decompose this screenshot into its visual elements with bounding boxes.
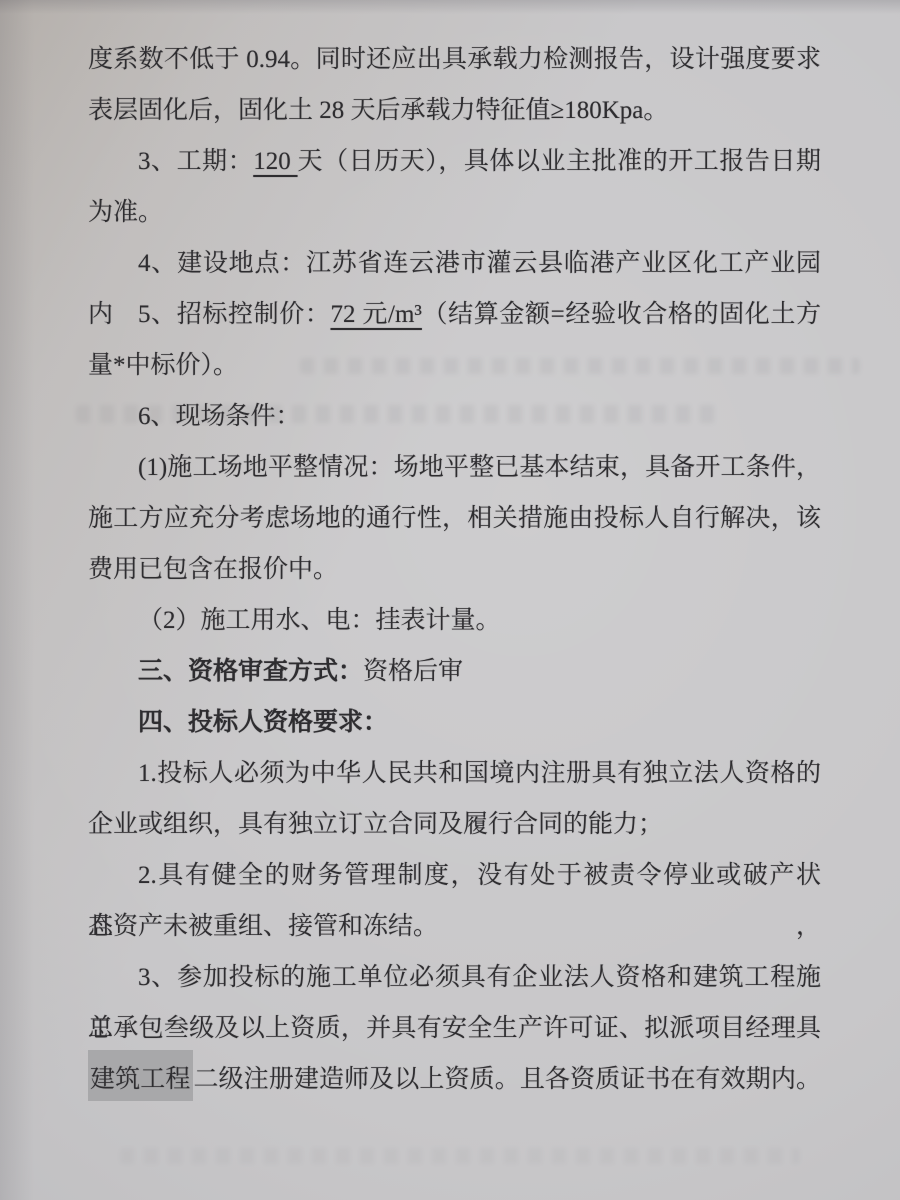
clause-suffix: （结算金额=经验收合格的固化土方 [422, 301, 821, 328]
doc-line-7: 量*中标价）。 [88, 340, 821, 391]
doc-line-3-duration-clause: 3、工期：120 天（日历天），具体以业主批准的开工报告日期 [88, 136, 821, 187]
doc-line-2: 表层固化后，固化土 28 天后承载力特征值≥180Kpa。 [88, 85, 821, 136]
doc-line-8-site-conditions: 6、现场条件： [88, 391, 821, 442]
doc-line-12-water-power: （2）施工用水、电：挂表计量。 [88, 595, 821, 646]
doc-line-6-price-clause: 5、招标控制价：72 元/m³（结算金额=经验收合格的固化土方 [88, 289, 821, 340]
underlined-price-value: 72 元/m³ [331, 301, 422, 328]
document-page: 度系数不低于 0.94。同时还应出具承载力检测报告，设计强度要求 表层固化后，固… [0, 0, 900, 1200]
line-rest-text: 二级注册建造师及以上资质。且各资质证书在有效期内。 [193, 1066, 821, 1093]
doc-line-21: 建筑工程二级注册建造师及以上资质。且各资质证书在有效期内。 [88, 1054, 821, 1105]
clause-prefix: 3、工期： [138, 148, 253, 175]
doc-line-19: 3、参加投标的施工单位必须具有企业法人资格和建筑工程施工 [88, 952, 821, 1003]
highlighted-text: 建筑工程 [88, 1050, 193, 1101]
heading-bold-text: 三、资格审查方式： [138, 658, 363, 685]
doc-line-13-qualification-review-heading: 三、资格审查方式：资格后审 [88, 646, 821, 697]
ink-bleed-through-smudge [120, 1148, 800, 1164]
doc-line-20: 总承包叁级及以上资质，并具有安全生产许可证、拟派项目经理具有 [88, 1003, 821, 1054]
document-text-column: 度系数不低于 0.94。同时还应出具承载力检测报告，设计强度要求 表层固化后，固… [88, 34, 821, 1105]
doc-line-16: 企业或组织，具有独立订立合同及履行合同的能力； [88, 799, 821, 850]
doc-line-17: 2.具有健全的财务管理制度，没有处于被责令停业或破产状态， [88, 850, 821, 901]
doc-line-10: 施工方应充分考虑场地的通行性，相关措施由投标人自行解决，该 [88, 493, 821, 544]
clause-suffix: 天（日历天），具体以业主批准的开工报告日期 [298, 148, 821, 175]
doc-line-1: 度系数不低于 0.94。同时还应出具承载力检测报告，设计强度要求 [88, 34, 821, 85]
heading-bold-text: 四、投标人资格要求： [138, 709, 388, 736]
doc-line-11: 费用已包含在报价中。 [88, 544, 821, 595]
clause-prefix: 5、招标控制价： [138, 301, 331, 328]
underlined-duration-value: 120 [253, 148, 297, 175]
doc-line-14-bidder-requirements-heading: 四、投标人资格要求： [88, 697, 821, 748]
heading-value-text: 资格后审 [363, 658, 463, 685]
doc-line-5-location-clause: 4、建设地点：江苏省连云港市灌云县临港产业区化工产业园内 [88, 238, 821, 289]
doc-line-9: (1)施工场地平整情况：场地平整已基本结束，具备开工条件， [88, 442, 821, 493]
doc-line-15: 1.投标人必须为中华人民共和国境内注册具有独立法人资格的 [88, 748, 821, 799]
doc-line-4: 为准。 [88, 187, 821, 238]
